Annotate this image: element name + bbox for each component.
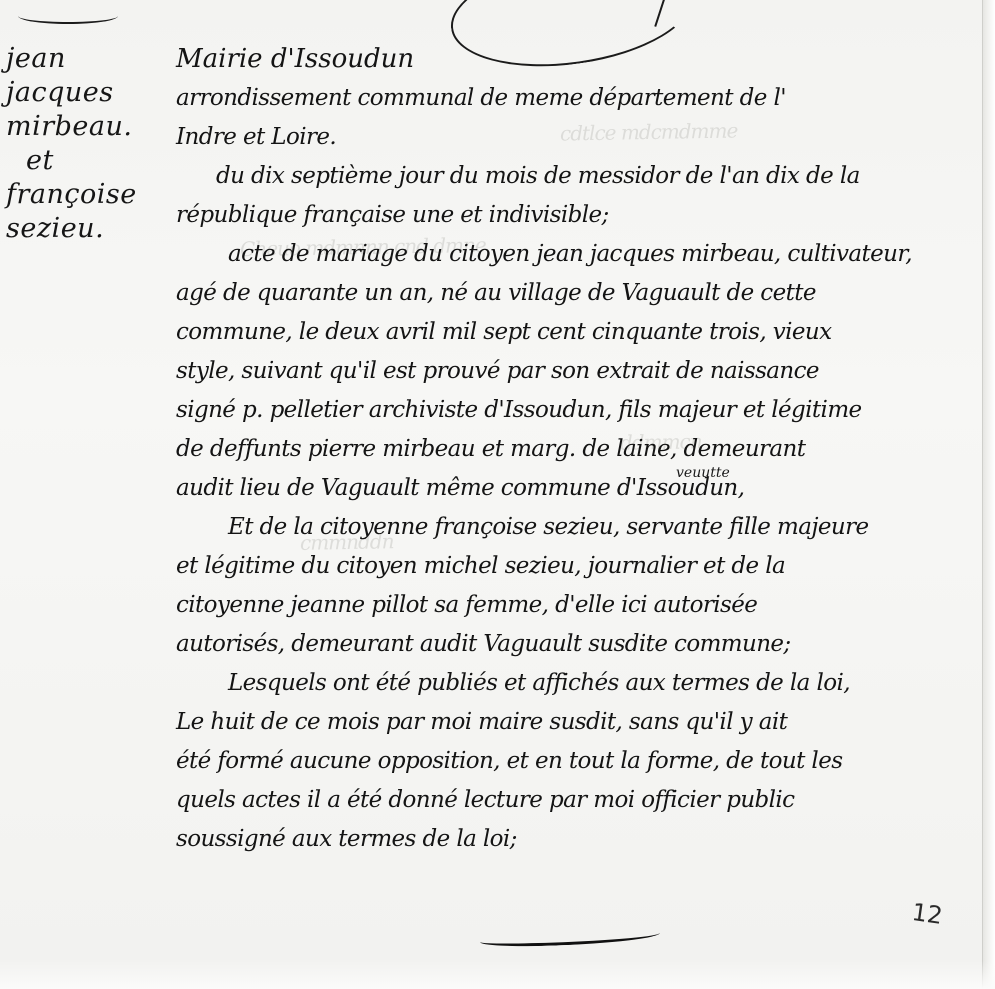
record-line: commune, le deux avril mil sept cent cin… — [176, 313, 966, 352]
record-line: Et de la citoyenne françoise sezieu, ser… — [176, 508, 966, 547]
page-number: 12 — [910, 898, 944, 930]
record-line: citoyenne jeanne pillot sa femme, d'elle… — [176, 586, 966, 625]
document-page: cdtlce mdcmdmme Cheuo mdmnnn cnd dmne dd… — [0, 0, 995, 989]
record-line: signé p. pelletier archiviste d'Issoudun… — [176, 391, 966, 430]
signature-flourish — [480, 927, 660, 948]
record-line: quels actes il a été donné lecture par m… — [176, 781, 966, 820]
record-heading: Mairie d'Issoudun — [176, 40, 966, 79]
record-line: et légitime du citoyen michel sezieu, jo… — [176, 547, 966, 586]
margin-line: françoise — [6, 178, 166, 212]
record-line: arrondissement communal de meme départem… — [176, 79, 966, 118]
interlinear-note: veuutte — [676, 465, 730, 481]
record-line: Indre et Loire. — [176, 118, 966, 157]
record-line: soussigné aux termes de la loi; — [176, 820, 966, 859]
page-right-edge — [982, 0, 995, 989]
record-line: république française une et indivisible; — [176, 196, 966, 235]
record-line: Lesquels ont été publiés et affichés aux… — [176, 664, 966, 703]
margin-line: mirbeau. — [6, 110, 166, 144]
record-line: été formé aucune opposition, et en tout … — [176, 742, 966, 781]
page-bottom-edge — [0, 961, 995, 989]
record-line: Le huit de ce mois par moi maire susdit,… — [176, 703, 966, 742]
record-line: autorisés, demeurant audit Vaguault susd… — [176, 625, 966, 664]
margin-note: jean jacques mirbeau. et françoise sezie… — [6, 42, 166, 246]
record-line: style, suivant qu'il est prouvé par son … — [176, 352, 966, 391]
record-line: agé de quarante un an, né au village de … — [176, 274, 966, 313]
record-line: du dix septième jour du mois de messidor… — [176, 157, 966, 196]
margin-line: jean — [6, 42, 166, 76]
margin-line: sezieu. — [6, 212, 166, 246]
record-line: de deffunts pierre mirbeau et marg. de l… — [176, 430, 966, 469]
margin-flourish — [18, 8, 118, 24]
margin-line: jacques — [6, 76, 166, 110]
margin-line: et — [6, 144, 166, 178]
record-line: acte de mariage du citoyen jean jacques … — [176, 235, 966, 274]
record-body: Mairie d'Issoudun arrondissement communa… — [176, 40, 966, 859]
record-line: audit lieu de Vaguault même commune d'Is… — [176, 469, 966, 508]
